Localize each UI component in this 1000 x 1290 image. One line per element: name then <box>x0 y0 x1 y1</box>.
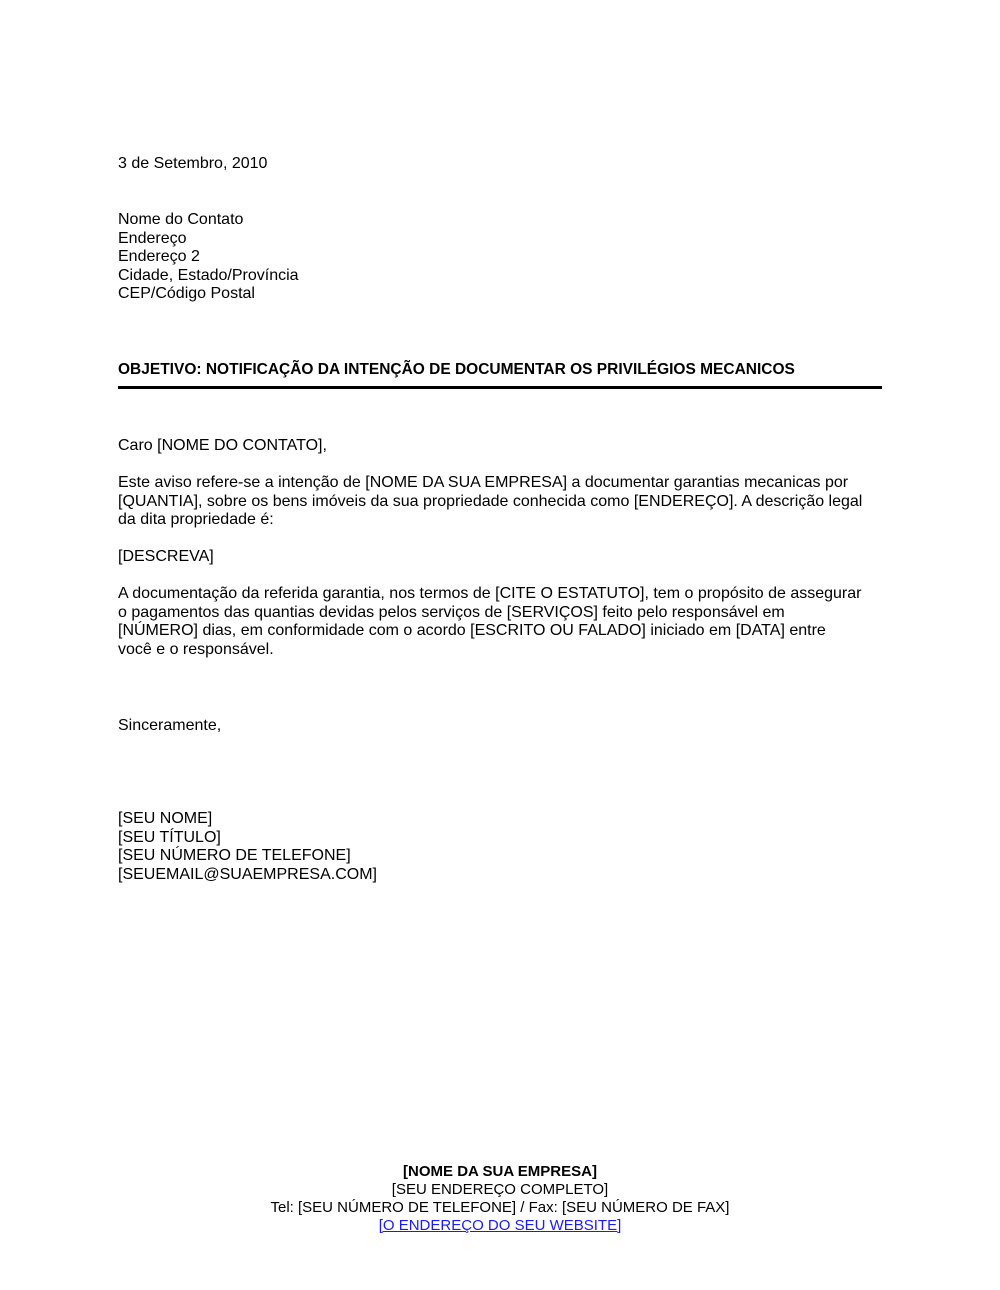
paragraph-line: Este aviso refere-se a intenção de [NOME… <box>118 474 888 493</box>
signature-title: [SEU TÍTULO] <box>118 829 377 848</box>
subject-heading: OBJETIVO: NOTIFICAÇÃO DA INTENÇÃO DE DOC… <box>118 361 882 380</box>
paragraph-line: você e o responsável. <box>118 641 888 660</box>
paragraph-line: [NÚMERO] dias, em conformidade com o aco… <box>118 622 888 641</box>
paragraph-line: da dita propriedade é: <box>118 511 888 530</box>
signature-phone: [SEU NÚMERO DE TELEFONE] <box>118 847 377 866</box>
recipient-name: Nome do Contato <box>118 211 299 230</box>
recipient-address-block: Nome do Contato Endereço Endereço 2 Cida… <box>118 211 299 304</box>
body-paragraph-2: A documentação da referida garantia, nos… <box>118 585 888 659</box>
closing: Sinceramente, <box>118 717 221 736</box>
body-paragraph-1: Este aviso refere-se a intenção de [NOME… <box>118 474 888 530</box>
recipient-postal-code: CEP/Código Postal <box>118 285 299 304</box>
recipient-address-line2: Endereço 2 <box>118 248 299 267</box>
subject-divider <box>118 386 882 389</box>
footer-website-link[interactable]: [O ENDEREÇO DO SEU WEBSITE] <box>379 1217 622 1234</box>
greeting: Caro [NOME DO CONTATO], <box>118 437 327 456</box>
signature-block: [SEU NOME] [SEU TÍTULO] [SEU NÚMERO DE T… <box>118 810 377 884</box>
paragraph-line: A documentação da referida garantia, nos… <box>118 585 888 604</box>
letterhead-footer: [NOME DA SUA EMPRESA] [SEU ENDEREÇO COMP… <box>0 1163 1000 1235</box>
footer-company-name: [NOME DA SUA EMPRESA] <box>0 1163 1000 1181</box>
footer-address: [SEU ENDEREÇO COMPLETO] <box>0 1181 1000 1199</box>
recipient-city-state: Cidade, Estado/Província <box>118 267 299 286</box>
paragraph-line: [QUANTIA], sobre os bens imóveis da sua … <box>118 493 888 512</box>
recipient-address-line1: Endereço <box>118 230 299 249</box>
describe-placeholder: [DESCREVA] <box>118 548 214 567</box>
paragraph-line: o pagamentos das quantias devidas pelos … <box>118 604 888 623</box>
letter-date: 3 de Setembro, 2010 <box>118 155 267 174</box>
signature-email: [SEUEMAIL@SUAEMPRESA.COM] <box>118 866 377 885</box>
footer-contact: Tel: [SEU NÚMERO DE TELEFONE] / Fax: [SE… <box>0 1199 1000 1217</box>
signature-name: [SEU NOME] <box>118 810 377 829</box>
